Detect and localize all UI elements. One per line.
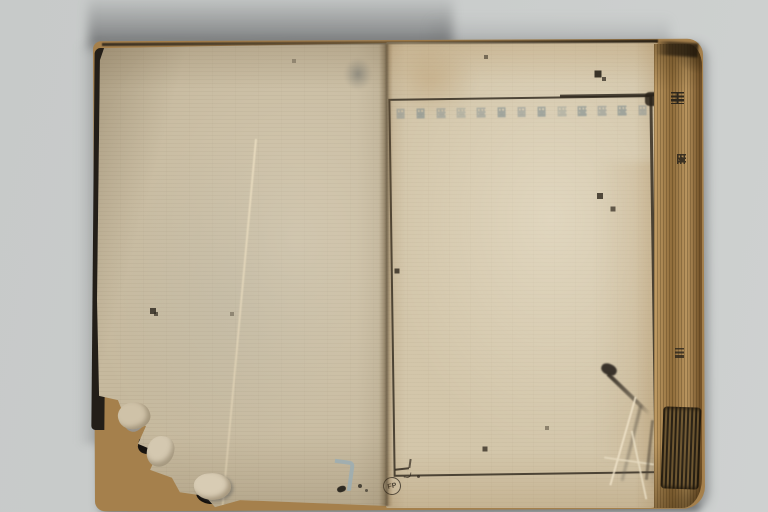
glyph-mark xyxy=(437,108,446,118)
glyph-mark xyxy=(578,106,587,116)
ghost-text-column xyxy=(476,105,491,467)
glyph-mark xyxy=(517,107,526,117)
glyph-mark xyxy=(537,107,546,117)
ghost-text-column xyxy=(597,103,612,465)
glyph-mark xyxy=(396,109,405,119)
glyph-mark xyxy=(558,106,567,116)
gutter-shadow xyxy=(379,44,393,506)
gray-smudge xyxy=(344,58,372,90)
glyph-mark xyxy=(497,107,506,117)
glyph-mark xyxy=(618,106,627,116)
ghost-text-column xyxy=(496,104,511,466)
ghost-text-showthrough xyxy=(395,102,652,467)
ghost-text-column xyxy=(516,104,531,466)
ghost-text-column xyxy=(537,104,552,466)
ghost-text-column xyxy=(416,105,431,467)
photograph-open-antique-book: FP xyxy=(0,0,768,512)
glyph-mark xyxy=(671,92,684,104)
ghost-text-column xyxy=(577,103,592,465)
glyph-mark xyxy=(598,106,607,116)
left-page xyxy=(97,43,392,508)
ghost-text-column xyxy=(456,105,471,467)
fore-edge xyxy=(654,44,702,508)
ghost-text-column xyxy=(557,103,572,465)
ghost-text-column xyxy=(436,105,451,467)
glyph-mark xyxy=(675,348,684,358)
glyph-mark xyxy=(416,108,425,118)
glyph-mark xyxy=(677,154,686,164)
ink-tick xyxy=(365,489,368,492)
glyph-mark xyxy=(477,108,486,118)
glyph-mark xyxy=(638,105,647,115)
edge-ink-hatch-block xyxy=(661,406,702,489)
pen-scribble xyxy=(417,475,420,478)
ink-tick xyxy=(358,484,362,488)
edge-ink-corner xyxy=(656,41,699,58)
glyph-mark xyxy=(457,108,466,118)
